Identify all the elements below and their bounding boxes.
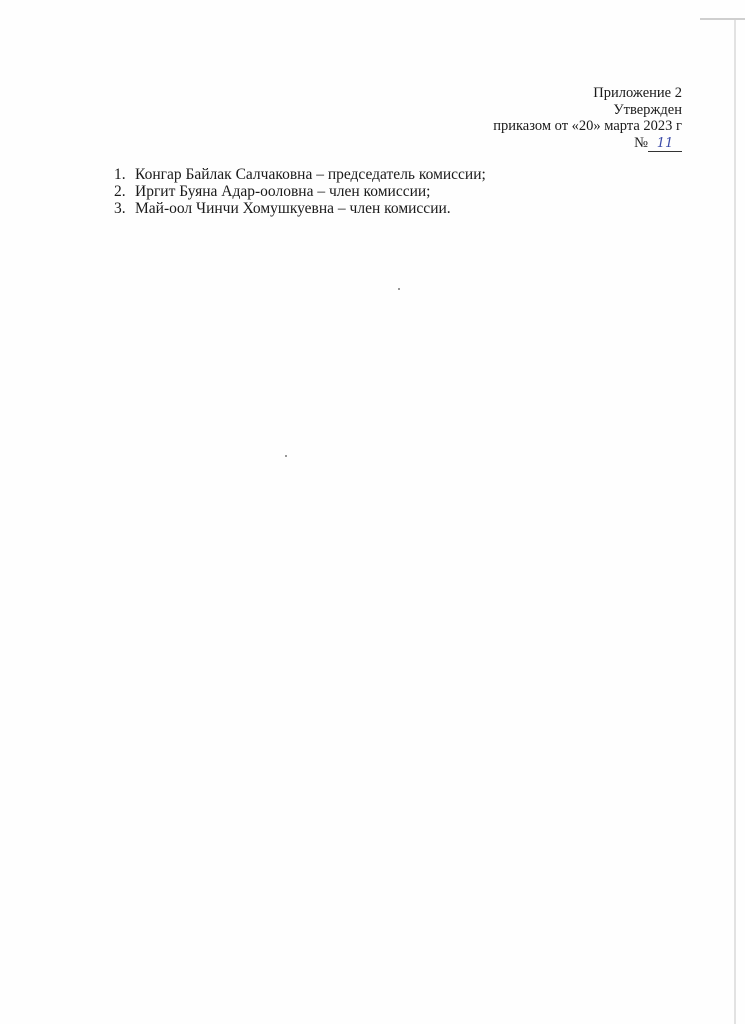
commission-members-list: 1.Конгар Байлак Салчаковна – председател… [114,166,486,217]
appendix-label: Приложение 2 [493,85,682,102]
scan-speck [398,288,400,290]
list-item: 3.Май-оол Чинчи Хомушкуевна – член комис… [114,200,486,217]
handwritten-number: 11 [648,137,682,152]
scan-speck [285,455,287,457]
list-item: 2.Иргит Буяна Адар-ооловна – член комисс… [114,183,486,200]
appendix-header: Приложение 2 Утвержден приказом от «20» … [493,85,682,152]
list-item: 1.Конгар Байлак Салчаковна – председател… [114,166,486,183]
scan-edge [700,18,745,20]
order-number: №11 [493,135,682,152]
number-sign: № [634,135,648,151]
scan-edge [734,20,736,1024]
approved-label: Утвержден [493,102,682,119]
order-date: приказом от «20» марта 2023 г [493,118,682,135]
document-page: Приложение 2 Утвержден приказом от «20» … [0,0,745,1024]
